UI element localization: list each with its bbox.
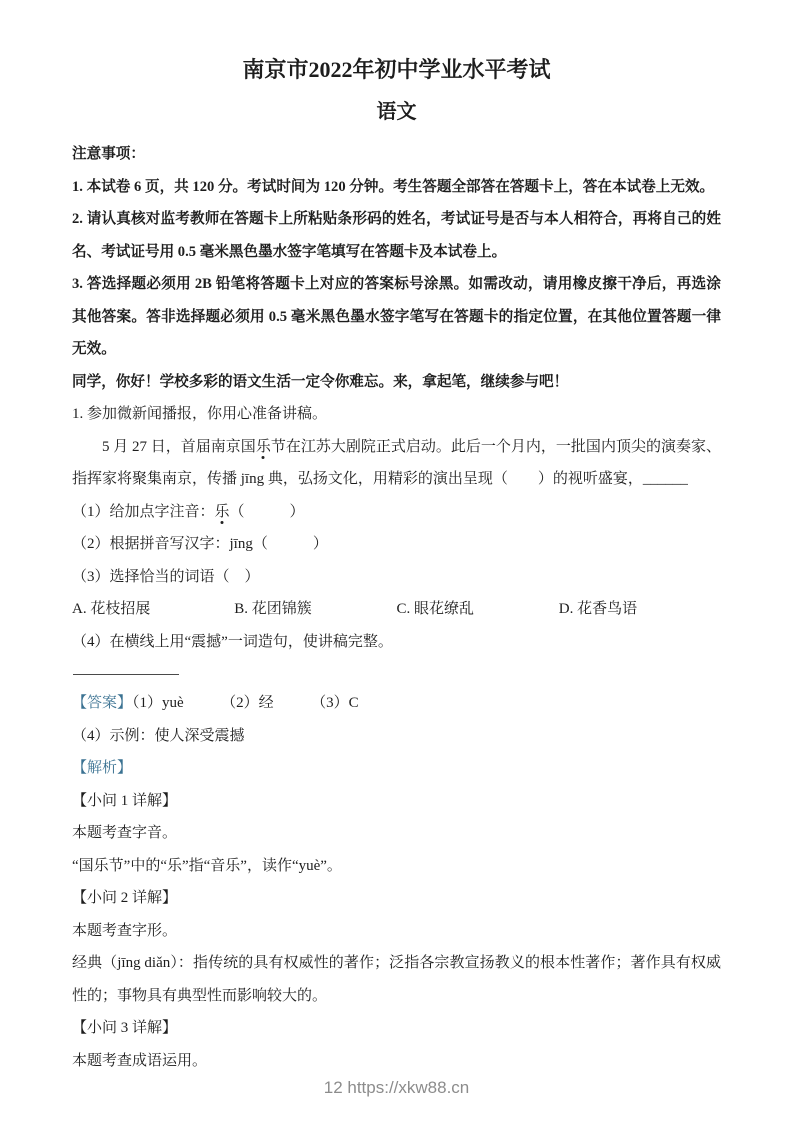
sub-question-4: （4）在横线上用“震撼”一词造句，使讲稿完整。 <box>72 626 721 659</box>
analysis-sub2-heading: 【小问 2 详解】 <box>72 882 721 915</box>
notice-section: 注意事项： 1. 本试卷 6 页，共 120 分。考试时间为 120 分钟。考生… <box>72 138 721 398</box>
sub-question-3: （3）选择恰当的词语（ ） <box>72 561 721 594</box>
question-passage: 5 月 27 日，首届南京国乐节在江苏大剧院正式启动。此后一个月内，一批国内顶尖… <box>72 431 721 496</box>
notice-item-2: 2. 请认真核对监考教师在答题卡上所粘贴条形码的姓名，考试证号是否与本人相符合，… <box>72 203 721 268</box>
greeting-line: 同学，你好！学校多彩的语文生活一定令你难忘。来，拿起笔，继续参与吧！ <box>72 366 721 399</box>
analysis-label: 【解析】 <box>72 752 721 785</box>
option-c: C. 眼花缭乱 <box>397 593 559 626</box>
analysis-sub3-heading: 【小问 3 详解】 <box>72 1012 721 1045</box>
sub1-text-pre: （1）给加点字注音： <box>72 504 215 520</box>
sub1-text-post: （ ） <box>230 504 305 520</box>
question-section: 1. 参加微新闻播报，你用心准备讲稿。 5 月 27 日，首届南京国乐节在江苏大… <box>72 398 721 658</box>
emphasized-char: 乐 <box>215 504 230 520</box>
page-footer: 12 https://xkw88.cn <box>0 1078 793 1098</box>
analysis-sub2-line2: 经典（jīng diǎn）：指传统的具有权威性的著作；泛指各宗教宣扬教义的根本性… <box>72 947 721 1012</box>
sub-question-2: （2）根据拼音写汉字：jīng（ ） <box>72 528 721 561</box>
emphasized-char: 乐 <box>256 439 271 455</box>
analysis-sub3-line1: 本题考查成语运用。 <box>72 1045 721 1078</box>
answer-values: （1）yuè （2）经 （3）C <box>132 695 359 711</box>
answer-label: 【答案】 <box>72 695 132 711</box>
notice-item-1: 1. 本试卷 6 页，共 120 分。考试时间为 120 分钟。考生答题全部答在… <box>72 171 721 204</box>
fill-in-blank-line: ______ <box>643 471 688 487</box>
passage-text-pre: 5 月 27 日，首届南京国 <box>102 439 256 455</box>
answer-line-2: （4）示例：使人深受震撼 <box>72 720 721 753</box>
option-d: D. 花香鸟语 <box>559 593 721 626</box>
sub-question-1: （1）给加点字注音：乐（ ） <box>72 496 721 529</box>
question-intro: 1. 参加微新闻播报，你用心准备讲稿。 <box>72 398 721 431</box>
option-b: B. 花团锦簇 <box>234 593 396 626</box>
option-a: A. 花枝招展 <box>72 593 234 626</box>
analysis-sub1-heading: 【小问 1 详解】 <box>72 785 721 818</box>
notice-heading: 注意事项： <box>72 138 721 171</box>
answer-line-1: 【答案】（1）yuè （2）经 （3）C <box>72 687 721 720</box>
answer-section: 【答案】（1）yuè （2）经 （3）C （4）示例：使人深受震撼 【解析】 【… <box>72 687 721 1077</box>
page-subject: 语文 <box>72 98 721 126</box>
analysis-sub1-line2: “国乐节”中的“乐”指“音乐”，读作“yuè”。 <box>72 850 721 883</box>
section-divider <box>73 674 179 675</box>
analysis-sub1-line1: 本题考查字音。 <box>72 817 721 850</box>
notice-item-3: 3. 答选择题必须用 2B 铅笔将答题卡上对应的答案标号涂黑。如需改动，请用橡皮… <box>72 268 721 366</box>
analysis-sub2-line1: 本题考查字形。 <box>72 915 721 948</box>
exam-document-page: 南京市2022年初中学业水平考试 语文 注意事项： 1. 本试卷 6 页，共 1… <box>0 0 793 1122</box>
choice-options-row: A. 花枝招展 B. 花团锦簇 C. 眼花缭乱 D. 花香鸟语 <box>72 593 721 626</box>
page-title: 南京市2022年初中学业水平考试 <box>72 56 721 84</box>
